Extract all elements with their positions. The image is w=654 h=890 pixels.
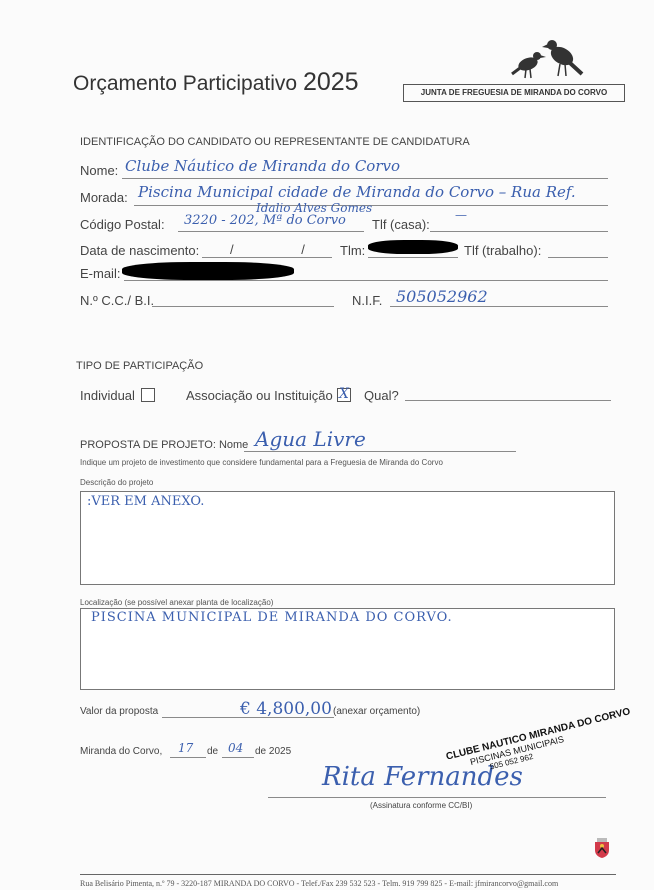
coat-of-arms-icon (594, 838, 610, 858)
email-label: E-mail: (80, 266, 120, 281)
associacao-label: Associação ou Instituição (186, 388, 333, 403)
data-nascimento-label: Data de nascimento: (80, 243, 199, 258)
description-value: :VER EM ANEXO. (87, 494, 204, 509)
footer-address: Rua Belisário Pimenta, n.º 79 - 3220-187… (80, 879, 558, 888)
data-nascimento-field[interactable]: / / (230, 242, 337, 257)
page-title: Orçamento Participativo 2025 (73, 68, 359, 97)
nif-field[interactable]: 505052962 (396, 287, 488, 306)
crows-icon (508, 38, 588, 80)
tlf-casa-label: Tlf (casa): (372, 217, 430, 232)
title-text: Orçamento Participativo (73, 72, 297, 95)
redaction-tlm (368, 240, 458, 254)
morada-label: Morada: (80, 190, 128, 205)
logo-caption: JUNTA DE FREGUESIA DE MIRANDA DO CORVO (403, 84, 625, 102)
day-field[interactable]: 17 (178, 741, 193, 755)
value-field[interactable]: € 4,800,00 (240, 699, 332, 719)
tlm-label: Tlm: (340, 243, 365, 258)
codigo-postal-field[interactable]: 3220 - 202, Mª do Corvo (184, 213, 346, 228)
morada-field[interactable]: Piscina Municipal cidade de Miranda do C… (138, 183, 576, 201)
tlf-casa-field[interactable]: — (455, 208, 467, 222)
location-label: Localização (se possível anexar planta d… (80, 598, 273, 607)
description-field[interactable]: :VER EM ANEXO. (80, 491, 615, 585)
de-label-1: de (207, 746, 218, 757)
individual-checkbox[interactable] (141, 388, 155, 402)
associacao-checkbox[interactable]: X (337, 388, 351, 402)
proposal-name-label: PROPOSTA DE PROJETO: Nome (80, 439, 248, 451)
check-mark: X (339, 386, 349, 402)
participation-section-title: TIPO DE PARTICIPAÇÃO (76, 360, 203, 372)
individual-label: Individual (80, 388, 135, 403)
tlf-trabalho-label: Tlf (trabalho): (464, 243, 541, 258)
location-value: PISCINA MUNICIPAL DE MIRANDA DO CORVO. (91, 610, 453, 625)
title-year: 2025 (303, 68, 359, 96)
year-label: de 2025 (255, 746, 291, 757)
nome-field[interactable]: Clube Náutico de Miranda do Corvo (125, 157, 400, 175)
month-field[interactable]: 04 (228, 741, 243, 755)
proposal-name-field[interactable]: Agua Livre (255, 427, 366, 451)
cc-label: N.º C.C./ B.I. (80, 293, 154, 308)
description-label: Descrição do projeto (80, 478, 153, 487)
nome-label: Nome: (80, 163, 118, 178)
redaction-email (122, 262, 294, 280)
club-stamp: CLUBE NAUTICO MIRANDA DO CORVO PISCINAS … (445, 706, 636, 781)
qual-label: Qual? (364, 388, 399, 403)
value-suffix: (anexar orçamento) (333, 706, 420, 717)
location-field[interactable]: PISCINA MUNICIPAL DE MIRANDA DO CORVO. (80, 608, 615, 690)
value-label: Valor da proposta (80, 706, 158, 717)
place-label: Miranda do Corvo, (80, 746, 162, 757)
signature-caption: (Assinatura conforme CC/BI) (370, 801, 472, 810)
proposal-hint: Indique um projeto de investimento que c… (80, 458, 443, 467)
codigo-postal-label: Código Postal: (80, 217, 165, 232)
identification-section-title: IDENTIFICAÇÃO DO CANDIDATO OU REPRESENTA… (80, 136, 470, 148)
nif-label: N.I.F. (352, 293, 382, 308)
